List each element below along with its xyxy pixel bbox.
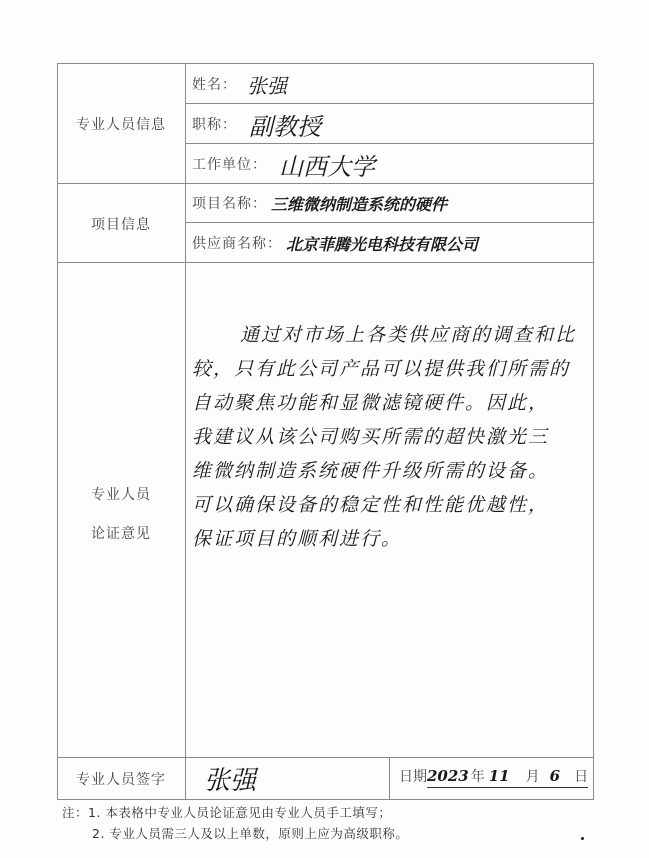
title-value: 副教授	[249, 107, 321, 142]
date-value: 2023 年 11 月 6 日	[427, 766, 588, 788]
date-day: 6	[550, 767, 560, 785]
row-divider	[185, 222, 594, 223]
notes-prefix: 注：	[62, 805, 88, 820]
label-column-divider	[185, 63, 186, 800]
opinion-line: 保证项目的顺利进行。	[192, 522, 588, 556]
form-page: 专业人员信息 姓名： 张强 职称： 副教授 工作单位： 山西大学 项目信息 项目…	[0, 0, 649, 858]
project-name-label: 项目名称：	[192, 193, 267, 213]
opinion-line: 我建议从该公司购买所需的超快激光三	[192, 420, 588, 454]
opinion-line: 维微纳制造系统硬件升级所需的设备。	[192, 454, 588, 488]
date-column-divider	[389, 757, 390, 800]
project-name-field: 项目名称： 三维微纳制造系统的硬件	[192, 186, 447, 220]
project-name-value: 三维微纳制造系统的硬件	[271, 192, 447, 215]
table-border-top	[57, 63, 594, 64]
date-label: 日期	[399, 766, 427, 786]
opinion-line: 较，只有此公司产品可以提供我们所需的	[192, 352, 588, 386]
employer-field: 工作单位： 山西大学	[192, 146, 375, 182]
note-1: 注：1. 本表格中专业人员论证意见由专业人员手工填写；	[62, 802, 408, 823]
table-border-left	[57, 63, 58, 800]
scan-speck	[581, 837, 584, 840]
title-field: 职称： 副教授	[192, 106, 321, 142]
opinion-text: 通过对市场上各类供应商的调查和比 较，只有此公司产品可以提供我们所需的 自动聚焦…	[192, 318, 588, 556]
employer-value: 山西大学	[279, 147, 375, 182]
name-value: 张强	[247, 70, 287, 99]
row-divider	[185, 103, 594, 104]
signature-value: 张强	[204, 760, 256, 797]
opinion-label-line2: 论证意见	[57, 523, 185, 543]
table-border-bottom	[57, 799, 594, 800]
name-label: 姓名：	[192, 74, 237, 94]
date-year-unit: 年	[471, 766, 485, 786]
date-month-unit: 月	[526, 766, 540, 786]
section-divider	[57, 757, 594, 758]
opinion-label-line1: 专业人员	[57, 484, 185, 504]
opinion-line: 自动聚焦功能和显微滤镜硬件。因此，	[192, 386, 588, 420]
name-field: 姓名： 张强	[192, 67, 287, 101]
supplier-name-label: 供应商名称：	[192, 233, 282, 253]
section-divider	[57, 262, 594, 263]
project-info-label: 项目信息	[57, 214, 185, 234]
date-year: 2023	[427, 767, 469, 785]
supplier-name-value: 北京菲腾光电科技有限公司	[286, 232, 478, 255]
date-month: 11	[489, 767, 510, 785]
employer-label: 工作单位：	[192, 154, 267, 174]
opinion-line: 通过对市场上各类供应商的调查和比	[192, 318, 588, 352]
personnel-info-label: 专业人员信息	[57, 114, 185, 134]
supplier-name-field: 供应商名称： 北京菲腾光电科技有限公司	[192, 225, 478, 261]
form-notes: 注：1. 本表格中专业人员论证意见由专业人员手工填写； 2. 专业人员需三人及以…	[62, 802, 408, 844]
title-label: 职称：	[192, 114, 237, 134]
opinion-line: 可以确保设备的稳定性和性能优越性，	[192, 488, 588, 522]
table-border-right	[593, 63, 594, 800]
note-2: 2. 专业人员需三人及以上单数，原则上应为高级职称。	[62, 823, 408, 844]
date-field: 日期 2023 年 11 月 6 日	[399, 766, 588, 788]
section-divider	[57, 183, 594, 184]
row-divider	[185, 143, 594, 144]
signature-label: 专业人员签字	[57, 769, 185, 789]
date-day-unit: 日	[574, 766, 588, 786]
